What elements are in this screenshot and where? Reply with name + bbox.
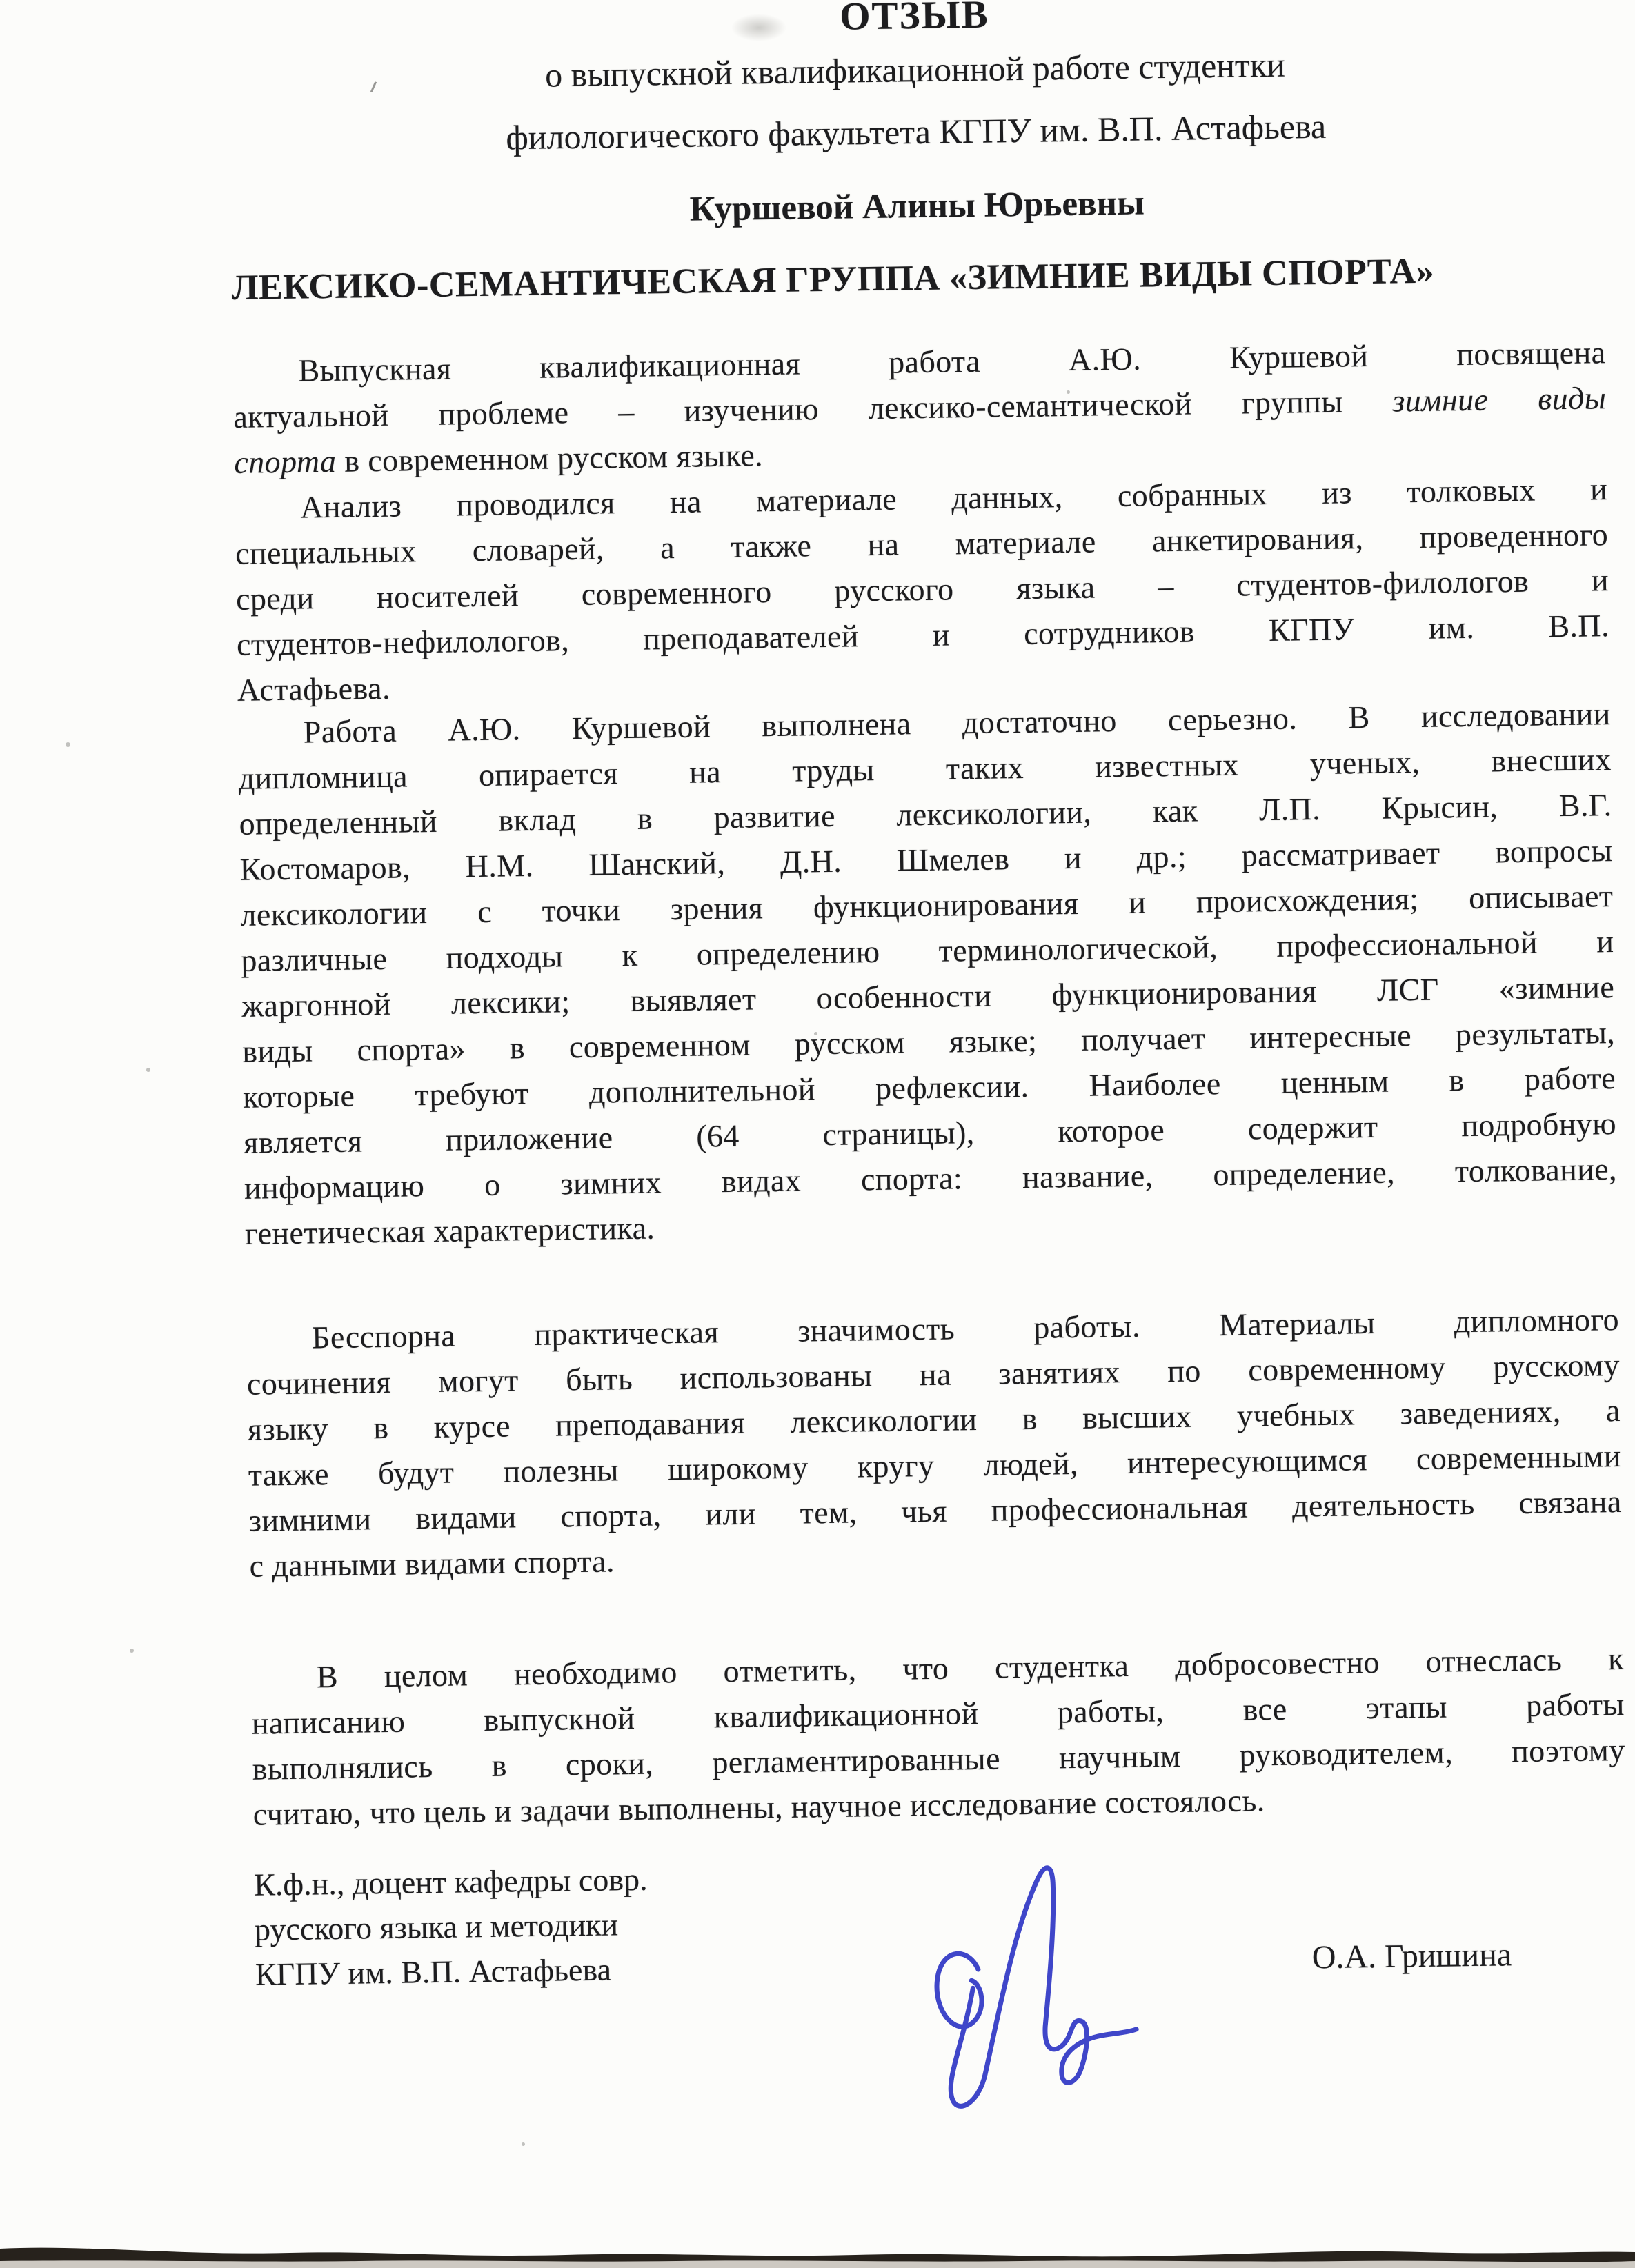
text-segment-italic: спорта [234, 444, 337, 480]
student-name: Куршевой Алины Юрьевны [230, 177, 1604, 236]
document-subtitle-1: о выпускной квалификационной работе студ… [228, 40, 1602, 99]
scan-speck [146, 1068, 150, 1072]
reviewer-position-line: КГПУ им. В.П. Астафьева [255, 1947, 649, 1997]
scan-speck [522, 2142, 525, 2146]
paragraph-4: Бесспорна практическая значимость работы… [246, 1297, 1623, 1589]
text-segment: в современном русском языке. [336, 437, 763, 479]
scan-speck [814, 1032, 817, 1035]
scanner-bottom-edge [0, 2239, 1635, 2268]
document-title: ОТЗЫВ [228, 0, 1601, 48]
scan-smudge [731, 14, 786, 41]
scan-speck [1067, 390, 1070, 394]
text-segment-italic: зимние виды [1392, 380, 1607, 418]
paragraph-1: Выпускная квалификационная работа А.Ю. К… [232, 330, 1607, 486]
reviewer-name: О.А. Гришина [1311, 1936, 1512, 1976]
thesis-title: ЛЕКСИКО-СЕМАНТИЧЕСКАЯ ГРУППА «ЗИМНИЕ ВИД… [231, 248, 1605, 308]
document-page: ОТЗЫВ о выпускной квалификационной работ… [0, 0, 1635, 2268]
document-content: ОТЗЫВ о выпускной квалификационной работ… [228, 0, 1630, 2138]
paragraph-2: Анализ проводился на материале данных, с… [235, 466, 1610, 713]
paragraph-5: В целом необходимо отметить, что студент… [251, 1636, 1626, 1838]
paragraph-3: Работа А.Ю. Куршевой выполнена достаточн… [237, 691, 1618, 1257]
handwritten-signature [909, 1844, 1161, 2123]
scan-speck [130, 1649, 134, 1653]
reviewer-position-line: русского языка и методики [255, 1902, 648, 1952]
reviewer-position-block: К.ф.н., доцент кафедры совр. русского яз… [254, 1857, 649, 1997]
document-subtitle-2: филологического факультета КГПУ им. В.П.… [229, 102, 1603, 161]
scan-speck [66, 742, 70, 747]
reviewer-position-line: К.ф.н., доцент кафедры совр. [254, 1857, 648, 1907]
